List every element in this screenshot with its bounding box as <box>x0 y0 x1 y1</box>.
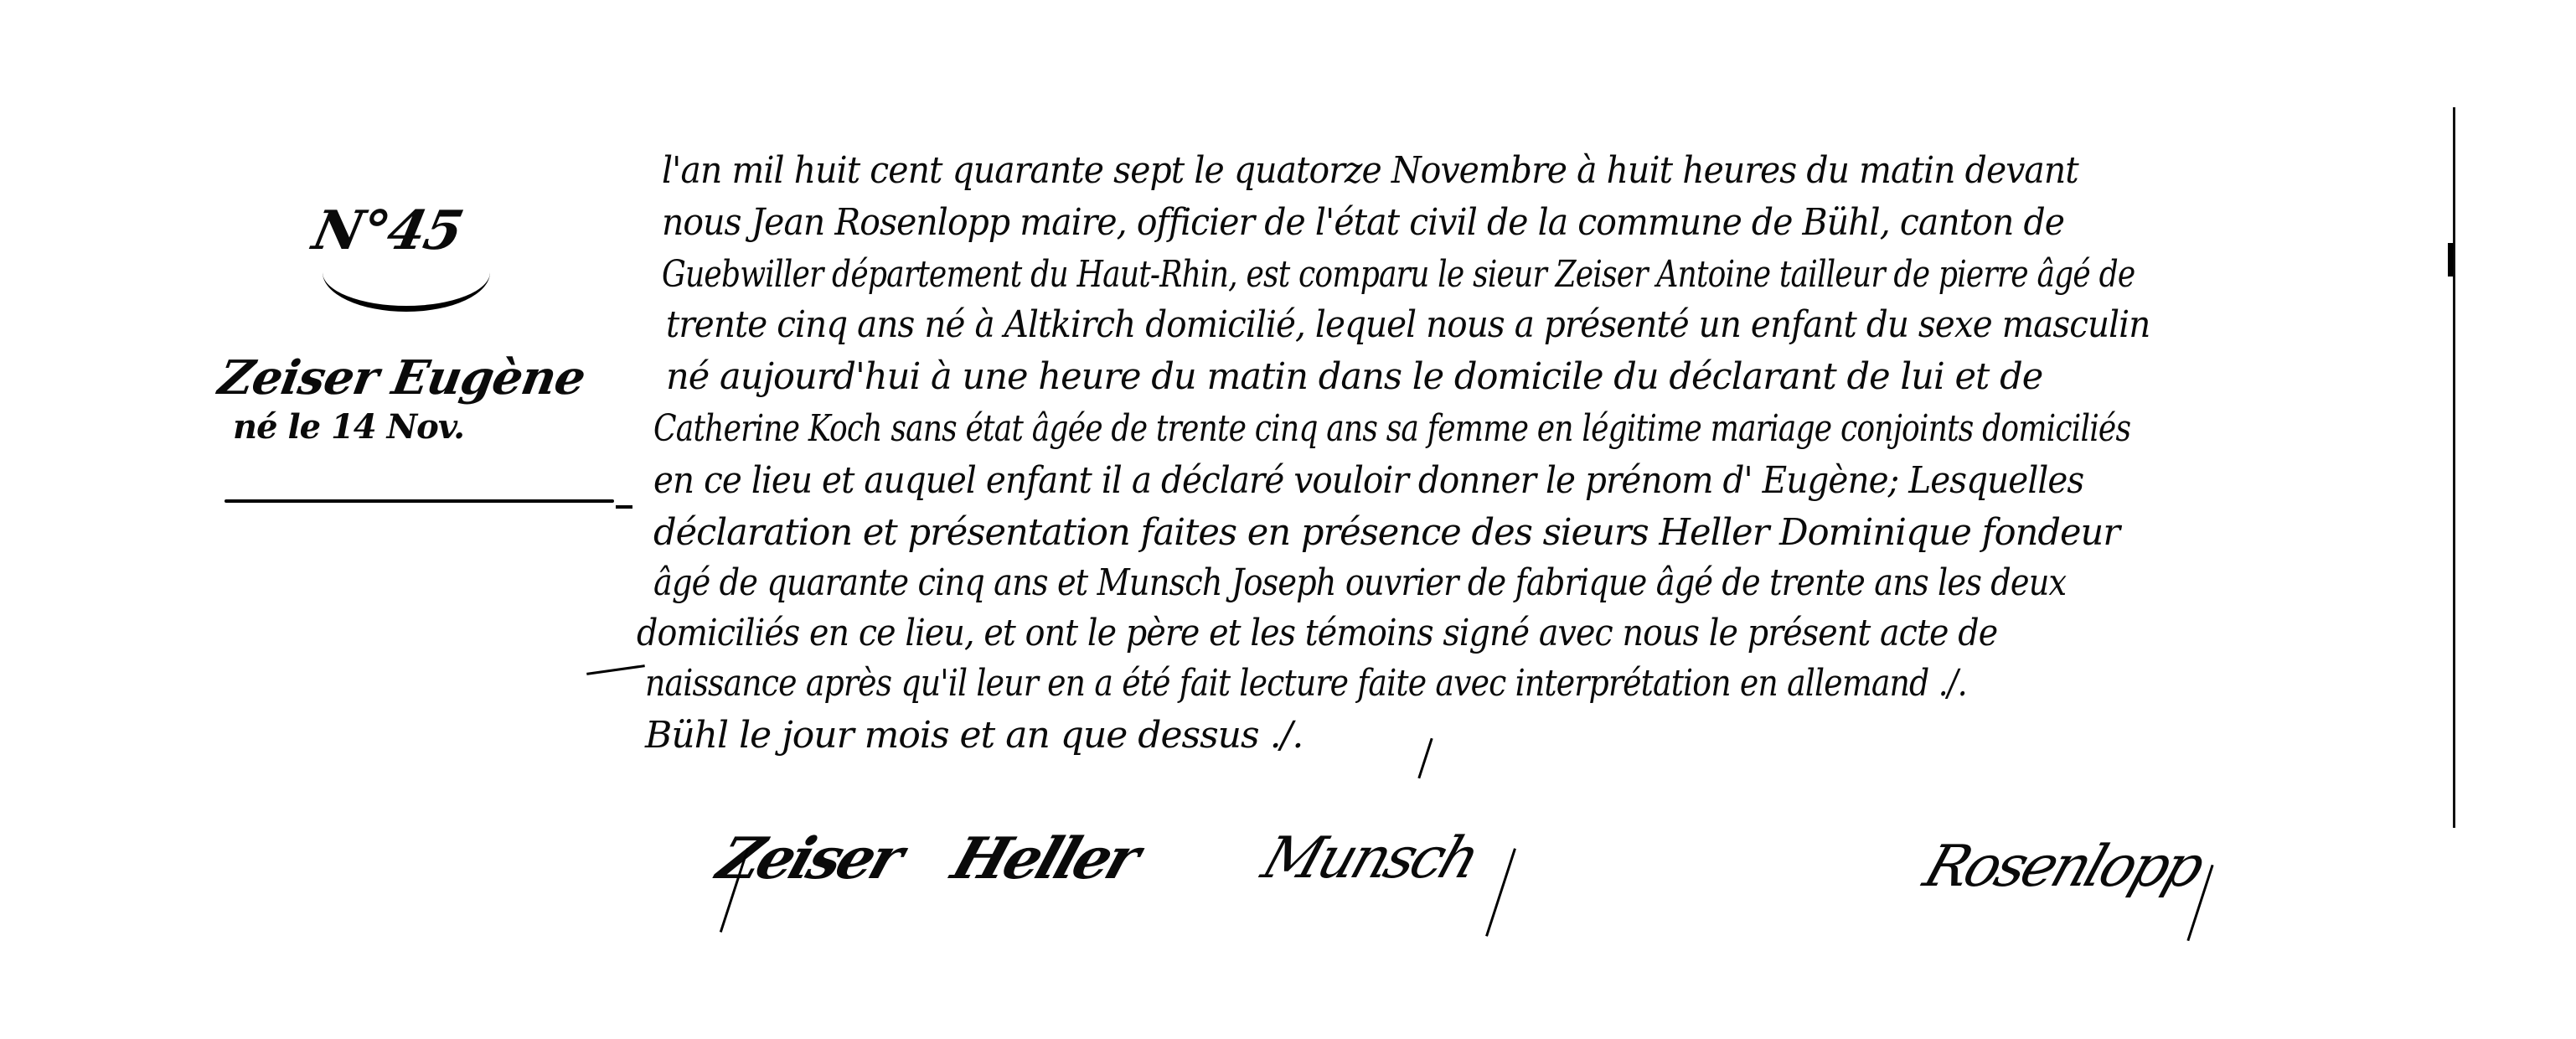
signature-heller: Heller <box>944 825 1145 892</box>
line-flourish <box>586 664 645 675</box>
body-line: Catherine Koch sans état âgée de trente … <box>653 407 2130 450</box>
record-number-flourish <box>323 272 490 312</box>
signature-zeiser: Zeiser <box>710 825 909 892</box>
signature-stroke <box>1485 848 1516 937</box>
body-line: né aujourd'hui à une heure du matin dans… <box>666 355 2042 398</box>
body-line: Guebwiller département du Haut-Rhin, est… <box>662 253 2135 296</box>
body-line: naissance après qu'il leur en a été fait… <box>645 662 1967 705</box>
page-border-right <box>2453 107 2455 828</box>
body-line: l'an mil huit cent quarante sept le quat… <box>662 149 2078 192</box>
body-line: Bühl le jour mois et an que dessus ./. <box>645 714 1303 757</box>
document-page: N°45 Zeiser Eugène né le 14 Nov. l'an mi… <box>0 0 2576 1039</box>
body-line: déclaration et présentation faites en pr… <box>653 511 2119 554</box>
signature-rosenlopp: Rosenlopp <box>1916 834 2209 900</box>
body-line: trente cinq ans né à Altkirch domicilié,… <box>666 303 2150 346</box>
line-dash <box>616 505 632 509</box>
page-border-mark <box>2448 243 2454 277</box>
record-number: N°45 <box>307 199 468 262</box>
body-line: âgé de quarante cinq ans et Munsch Josep… <box>653 561 2066 604</box>
body-line: en ce lieu et auquel enfant il a déclaré… <box>653 459 2083 502</box>
end-stroke <box>1417 738 1433 778</box>
margin-child-name: Zeiser Eugène <box>214 350 589 406</box>
margin-divider <box>225 499 614 503</box>
body-line: nous Jean Rosenlopp maire, officier de l… <box>662 201 2064 244</box>
signature-munsch: Munsch <box>1254 825 1485 892</box>
body-line: domiciliés en ce lieu, et ont le père et… <box>637 612 1997 654</box>
margin-birth-date: né le 14 Nov. <box>233 407 464 447</box>
